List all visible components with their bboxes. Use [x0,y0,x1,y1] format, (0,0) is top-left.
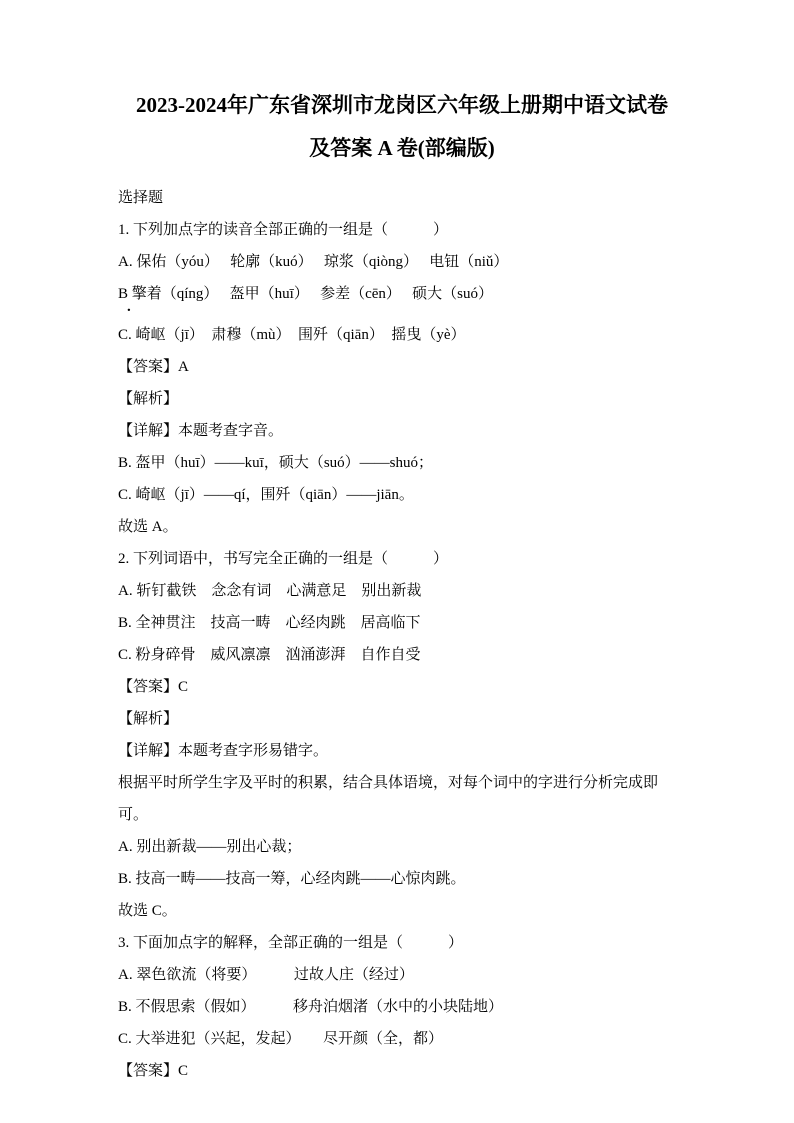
q1-option-c: C. 崎岖（jī） 肃穆（mù） 围歼（qiān） 摇曳（yè） [118,319,686,351]
section-heading-multiple-choice: 选择题 [118,182,686,214]
q2-stem: 2. 下列词语中，书写完全正确的一组是（ ） [118,543,686,575]
q2-explanation: 【详解】本题考查字形易错字。 [118,735,686,767]
q1-explanation: 【详解】本题考查字音。 [118,415,686,447]
q2-explanation-item-a: A. 别出新裁——别出心裁； [118,831,686,863]
q2-conclusion: 故选 C。 [118,895,686,927]
exam-title-line1: 2023-2024年广东省深圳市龙岗区六年级上册期中语文试卷 [118,84,686,127]
q2-analysis-label: 【解析】 [118,703,686,735]
q1-analysis-label: 【解析】 [118,383,686,415]
q3-option-c: C. 大举进犯（兴起，发起） 尽开颜（全，都） [118,1023,686,1055]
q3-option-b: B. 不假思索（假如） 移舟泊烟渚（水中的小块陆地） [118,991,686,1023]
q3-stem: 3. 下面加点字的解释，全部正确的一组是（ ） [118,927,686,959]
q2-option-a: A. 斩钉截铁 念念有词 心满意足 别出新裁 [118,575,686,607]
q1-stem: 1. 下列加点字的读音全部正确的一组是（ ） [118,214,686,246]
q1-option-a: A. 保佑（yóu） 轮廓（kuó） 琼浆（qiòng） 电钮（niǔ） [118,246,686,278]
q1-conclusion: 故选 A。 [118,511,686,543]
q2-option-b: B. 全神贯注 技高一畴 心经肉跳 居高临下 [118,607,686,639]
q1-option-b: B 擎着（qíng） 盔甲（huī） 参差（cēn） 硕大（suó）. [118,278,686,310]
exam-document-page: 2023-2024年广东省深圳市龙岗区六年级上册期中语文试卷 及答案 A 卷(部… [0,0,794,1123]
q2-answer: 【答案】C [118,671,686,703]
q2-option-c: C. 粉身碎骨 威风凛凛 汹涌澎湃 自作自受 [118,639,686,671]
q2-explanation-note: 根据平时所学生字及平时的积累，结合具体语境，对每个词中的字进行分析完成即可。 [118,767,686,831]
q3-answer: 【答案】C [118,1055,686,1087]
exam-title-line2: 及答案 A 卷(部编版) [118,127,686,170]
q2-explanation-item-b: B. 技高一畴——技高一筹，心经肉跳——心惊肉跳。 [118,863,686,895]
exam-title: 2023-2024年广东省深圳市龙岗区六年级上册期中语文试卷 及答案 A 卷(部… [118,84,686,170]
q1-explanation-item-b: B. 盔甲（huī）——kuī，硕大（suó）——shuó； [118,447,686,479]
q1-option-b-emphasis-dot: . [127,301,131,313]
q3-option-a: A. 翠色欲流（将要） 过故人庄（经过） [118,959,686,991]
q1-option-b-text: B 擎着（qíng） 盔甲（huī） 参差（cēn） 硕大（suó） [118,286,493,302]
q1-answer: 【答案】A [118,351,686,383]
q1-explanation-item-c: C. 崎岖（jī）——qí，围歼（qiān）——jiān。 [118,479,686,511]
